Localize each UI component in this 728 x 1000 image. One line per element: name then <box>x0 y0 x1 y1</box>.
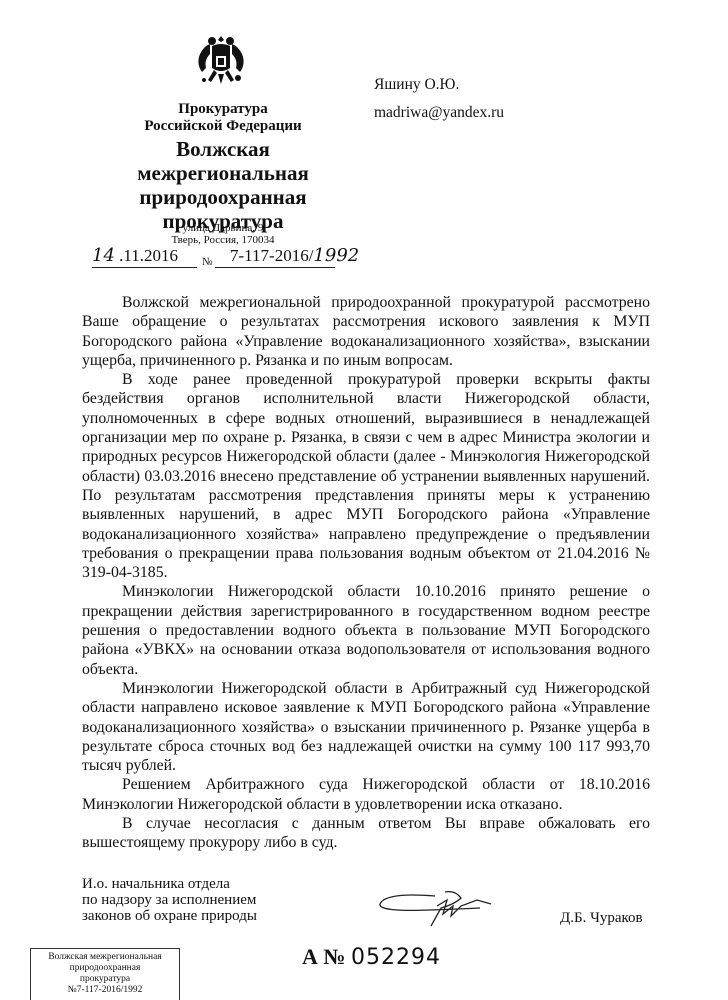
coat-of-arms-icon <box>190 30 252 92</box>
org-name-line-1: Волжская межрегиональная <box>88 137 358 185</box>
body-paragraph: Минэкологии Нижегородской области 10.10.… <box>82 582 650 678</box>
address-line-1: улица Дарвина, 9 <box>88 222 358 234</box>
date-underline <box>92 267 197 268</box>
letter-body: Волжской межрегиональной природоохранной… <box>82 293 650 853</box>
body-paragraph: В ходе ранее проведенной прокуратурой пр… <box>82 370 650 582</box>
date-handwritten: 14 <box>92 245 115 266</box>
signer-title-line-3: законов об охране природы <box>82 908 257 924</box>
number-underline <box>215 267 335 268</box>
org-line-1: Прокуратура <box>88 101 358 118</box>
recipient-email: madriwa@yandex.ru <box>374 104 504 122</box>
signer-name: Д.Б. Чураков <box>560 910 643 927</box>
org-name: Волжская межрегиональная природоохранная… <box>88 137 358 233</box>
org-address: улица Дарвина, 9 Тверь, Россия, 170034 <box>88 222 358 246</box>
date-printed: .11.2016 <box>119 246 178 265</box>
org-name-line-2: природоохранная <box>88 185 358 209</box>
reg-number-handwritten: 1992 <box>313 245 359 266</box>
reg-number-printed: 7-117-2016/ <box>230 246 313 265</box>
stamp-line-1: Волжская межрегиональная <box>31 952 179 963</box>
body-paragraph: В случае несогласия с данным ответом Вы … <box>82 814 650 853</box>
body-paragraph: Минэкологии Нижегородской области в Арби… <box>82 679 650 775</box>
body-paragraph: Решением Арбитражного суда Нижегородской… <box>82 775 650 814</box>
number-label: № <box>202 256 213 268</box>
registration-number: 7-117-2016/1992 <box>230 245 359 266</box>
registration-stamp: Волжская межрегиональная природоохранная… <box>30 948 180 1000</box>
signer-title-line-1: И.о. начальника отдела <box>82 876 257 892</box>
recipient-name: Яшину О.Ю. <box>374 76 459 94</box>
org-header: Прокуратура Российской Федерации <box>88 101 358 135</box>
body-paragraph: Волжской межрегиональной природоохранной… <box>82 293 650 370</box>
serial-number: 052294 <box>351 945 441 970</box>
form-serial-number: А № 052294 <box>302 944 441 970</box>
org-line-2: Российской Федерации <box>88 118 358 135</box>
stamp-line-4: №7-117-2016/1992 <box>31 985 179 996</box>
serial-prefix: А № <box>302 944 346 969</box>
signer-title: И.о. начальника отдела по надзору за исп… <box>82 876 257 924</box>
handwritten-signature-icon <box>375 888 505 933</box>
stamp-line-2: природоохранная <box>31 963 179 974</box>
letter-date: 14 .11.2016 <box>92 245 178 266</box>
stamp-line-3: прокуратура <box>31 974 179 985</box>
signer-title-line-2: по надзору за исполнением <box>82 892 257 908</box>
